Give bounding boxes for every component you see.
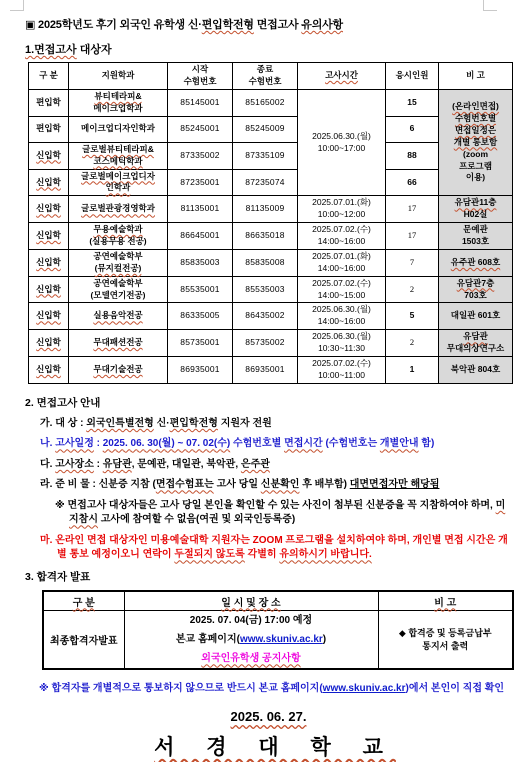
- table-cell: 신입학: [29, 276, 69, 303]
- column-header: 고사시간: [298, 63, 386, 90]
- table-cell: 81135009: [233, 196, 298, 223]
- column-header: 비 고: [378, 591, 513, 611]
- table-cell: 85735001: [168, 330, 233, 357]
- info-line: 나. 고사일정 : 2025. 06. 30(월) ~ 07. 02(수) 수험…: [40, 437, 512, 452]
- table-cell: 2025.06.30.(월) 14:00~16:00: [298, 303, 386, 330]
- table-cell: 뷰티테라피&메이크업학과: [69, 90, 168, 117]
- table-cell: 메이크업디자인학과: [69, 116, 168, 142]
- table-cell: 신입학: [29, 330, 69, 357]
- table-cell: 편입학: [29, 116, 69, 142]
- table-cell: 17: [386, 196, 439, 223]
- table-cell: 7: [386, 249, 439, 276]
- table-cell: 신입학: [29, 142, 69, 169]
- info-line: ※ 면접고사 대상자들은 고사 당일 본인을 확인할 수 있는 사진이 첨부된 …: [55, 499, 512, 528]
- table-cell: 87235074: [233, 169, 298, 196]
- table-row: 최종합격자발표2025. 07. 04(금) 17:00 예정본교 홈페이지(w…: [43, 611, 513, 670]
- table-cell: 2025.07.01.(화) 10:00~12:00: [298, 196, 386, 223]
- table-cell: 글로벌관광경영학과: [69, 196, 168, 223]
- column-header: 구 분: [29, 63, 69, 90]
- section2-heading: 2. 면접고사 안내: [25, 395, 512, 410]
- table-cell: 85835003: [168, 249, 233, 276]
- table-cell: 87335109: [233, 142, 298, 169]
- table-row: 신입학글로벌관광경영학과81135001811350092025.07.01.(…: [29, 196, 513, 223]
- table-cell: 85735002: [233, 330, 298, 357]
- table-cell: 무대기술전공: [69, 357, 168, 384]
- table-cell: 66: [386, 169, 439, 196]
- section1-heading: 1.면접고사 대상자: [25, 41, 512, 57]
- table-cell: 2025.07.02.(수) 14:00~16:00: [298, 223, 386, 250]
- document-page: ▣ 2025학년도 후기 외국인 유학생 신·편입학전형 면접고사 유의사항 1…: [0, 0, 531, 761]
- info-line: 마. 온라인 면접 대상자인 미용예술대학 지원자는 ZOOM 프로그램을 설치…: [40, 534, 512, 563]
- table-cell: 85535003: [233, 276, 298, 303]
- column-header: 구 분: [43, 591, 124, 611]
- table-cell: 2025.07.01.(화) 14:00~16:00: [298, 249, 386, 276]
- section2-lines: 가. 대 상 : 외국인특별전형 신·편입학전형 지원자 전원나. 고사일정 :…: [25, 417, 512, 563]
- section2: 2. 면접고사 안내 가. 대 상 : 외국인특별전형 신·편입학전형 지원자 …: [25, 395, 512, 563]
- table-cell: 글로벌뷰티테라피&코스메틱학과: [69, 142, 168, 169]
- table-cell: 85245001: [168, 116, 233, 142]
- table-cell: 86335005: [168, 303, 233, 330]
- table-cell: 실용음악전공: [69, 303, 168, 330]
- table-cell: 북악관 804호: [439, 357, 513, 384]
- announcement-remark-cell: ◆ 합격증 및 등록금납부통지서 출력: [378, 611, 513, 670]
- table-cell: 공연예술학부(뮤지컬전공): [69, 249, 168, 276]
- section3-heading: 3. 합격자 발표: [25, 569, 512, 584]
- announcement-type-cell: 최종합격자발표: [43, 611, 124, 670]
- table-cell: 신입학: [29, 196, 69, 223]
- table-cell: 문예관1503호: [439, 223, 513, 250]
- column-header: 종료 수험번호: [233, 63, 298, 90]
- table-cell: 신입학: [29, 357, 69, 384]
- table-cell: 86645001: [168, 223, 233, 250]
- table-cell: 유담관7층703호: [439, 276, 513, 303]
- table-cell: 86935001: [168, 357, 233, 384]
- header-row: 구 분지원학과시작 수험번호종료 수험번호고사시간응시인원비 고: [29, 63, 513, 90]
- table-cell: 85535001: [168, 276, 233, 303]
- table-cell: 2025.06.30.(월) 10:00~17:00: [298, 90, 386, 196]
- table-cell: 2025.07.02.(수) 14:00~15:00: [298, 276, 386, 303]
- document-title: ▣ 2025학년도 후기 외국인 유학생 신·편입학전형 면접고사 유의사항: [25, 16, 512, 32]
- header-row: 구 분일 시 및 장 소비 고: [43, 591, 513, 611]
- table-cell: (온라인면접)수험번호별면접일정은개별 통보함(zoom프로그램이용): [439, 90, 513, 196]
- table-cell: 편입학: [29, 90, 69, 117]
- table-cell: 86935001: [233, 357, 298, 384]
- table-row: 신입학무용예술학과(실용무용 전공)86645001866350182025.0…: [29, 223, 513, 250]
- info-line: 가. 대 상 : 외국인특별전형 신·편입학전형 지원자 전원: [40, 417, 512, 432]
- table-cell: 85245009: [233, 116, 298, 142]
- interview-schedule-table: 구 분지원학과시작 수험번호종료 수험번호고사시간응시인원비 고편입학뷰티테라피…: [28, 62, 513, 384]
- column-header: 비 고: [439, 63, 513, 90]
- table-cell: 87335002: [168, 142, 233, 169]
- table-cell: 85835008: [233, 249, 298, 276]
- homepage-link[interactable]: www.skuniv.ac.kr: [323, 683, 406, 694]
- table-cell: 81135001: [168, 196, 233, 223]
- confirm-note: ※ 합격자를 개별적으로 통보하지 않으므로 반드시 본교 홈페이지(www.s…: [39, 679, 512, 694]
- column-header: 지원학과: [69, 63, 168, 90]
- column-header: 응시인원: [386, 63, 439, 90]
- table-cell: 2: [386, 330, 439, 357]
- table-cell: 무용예술학과(실용무용 전공): [69, 223, 168, 250]
- table-cell: 87235001: [168, 169, 233, 196]
- table-cell: 2025.07.02.(수) 10:00~11:00: [298, 357, 386, 384]
- table-cell: 85165002: [233, 90, 298, 117]
- table-cell: 86435002: [233, 303, 298, 330]
- table-cell: 공연예술학부(모델연기전공): [69, 276, 168, 303]
- issue-date: 2025. 06. 27.: [25, 709, 512, 724]
- homepage-link[interactable]: www.skuniv.ac.kr: [240, 634, 323, 645]
- table-cell: 86635018: [233, 223, 298, 250]
- table-cell: 88: [386, 142, 439, 169]
- table-cell: 신입학: [29, 303, 69, 330]
- section3: 3. 합격자 발표 구 분일 시 및 장 소비 고최종합격자발표2025. 07…: [25, 569, 512, 695]
- info-line: 라. 준 비 물 : 신분증 지참 (면접수험표는 고사 당일 신분확인 후 배…: [40, 478, 512, 493]
- table-cell: 유주관 608호: [439, 249, 513, 276]
- table-row: 편입학뷰티테라피&메이크업학과85145001851650022025.06.3…: [29, 90, 513, 117]
- page-margin-mark: [10, 0, 24, 11]
- table-cell: 6: [386, 116, 439, 142]
- table-row: 신입학공연예술학부(모델연기전공)85535001855350032025.07…: [29, 276, 513, 303]
- table-cell: 5: [386, 303, 439, 330]
- column-header: 시작 수험번호: [168, 63, 233, 90]
- table-row: 신입학무대기술전공86935001869350012025.07.02.(수) …: [29, 357, 513, 384]
- table-cell: 대일관 601호: [439, 303, 513, 330]
- table-cell: 1: [386, 357, 439, 384]
- table-cell: 글로벌메이크업디자인학과: [69, 169, 168, 196]
- announcement-place-cell: 2025. 07. 04(금) 17:00 예정본교 홈페이지(www.skun…: [124, 611, 378, 670]
- table-cell: 신입학: [29, 169, 69, 196]
- announcement-table: 구 분일 시 및 장 소비 고최종합격자발표2025. 07. 04(금) 17…: [42, 590, 514, 671]
- table-cell: 85145001: [168, 90, 233, 117]
- table-cell: 15: [386, 90, 439, 117]
- university-name: 서 경 대 학 교: [25, 731, 512, 761]
- table-cell: 신입학: [29, 223, 69, 250]
- column-header: 일 시 및 장 소: [124, 591, 378, 611]
- table-cell: 무대패션전공: [69, 330, 168, 357]
- info-line: 다. 고사장소 : 유담관, 문예관, 대일관, 북악관, 은주관: [40, 458, 512, 473]
- table-cell: 유담관11층H02실: [439, 196, 513, 223]
- table-row: 신입학공연예술학부(뮤지컬전공)85835003858350082025.07.…: [29, 249, 513, 276]
- table-row: 신입학실용음악전공86335005864350022025.06.30.(월) …: [29, 303, 513, 330]
- table-cell: 유담관무대의상연구소: [439, 330, 513, 357]
- page-margin-mark: [483, 0, 497, 11]
- table-cell: 2025.06.30.(월) 10:30~11:30: [298, 330, 386, 357]
- table-cell: 17: [386, 223, 439, 250]
- table-cell: 2: [386, 276, 439, 303]
- table-cell: 신입학: [29, 249, 69, 276]
- table-row: 신입학무대패션전공85735001857350022025.06.30.(월) …: [29, 330, 513, 357]
